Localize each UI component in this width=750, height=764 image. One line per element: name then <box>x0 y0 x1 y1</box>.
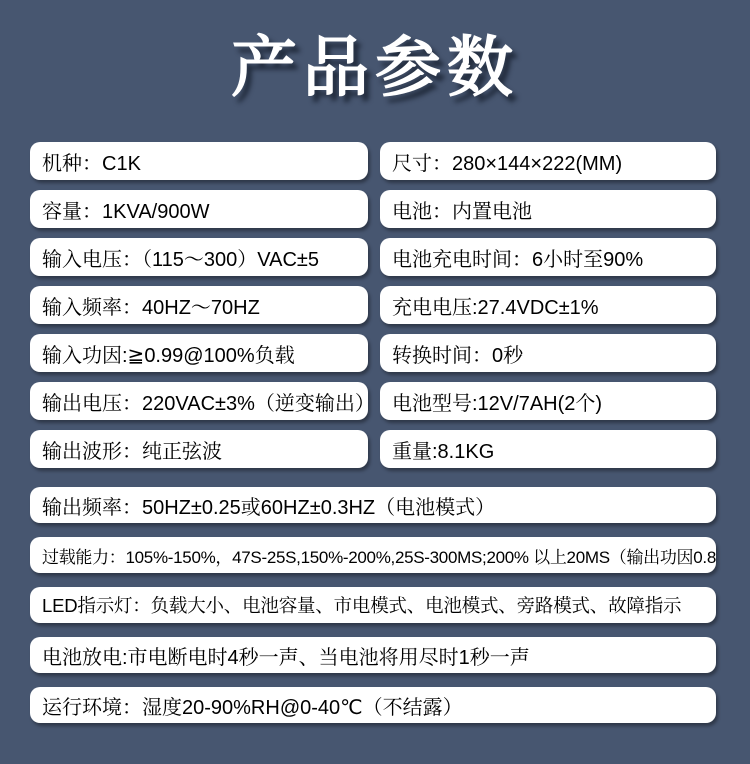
spec-transfer-time: 转换时间：0秒 <box>380 334 716 372</box>
spec-overload-capacity: 过载能力：105%-150%，47S-25S,150%-200%,25S-300… <box>30 537 716 573</box>
spec-machine-type: 机种：C1K <box>30 142 368 180</box>
spec-battery-model: 电池型号:12V/7AH(2个) <box>380 382 716 420</box>
spec-dimensions: 尺寸：280×144×222(MM) <box>380 142 716 180</box>
spec-grid: 机种：C1K 尺寸：280×144×222(MM) 容量：1KVA/900W 电… <box>30 142 716 468</box>
page-title: 产品参数 <box>0 22 750 112</box>
spec-battery: 电池：内置电池 <box>380 190 716 228</box>
spec-led-indicators: LED指示灯：负载大小、电池容量、市电模式、电池模式、旁路模式、故障指示 <box>30 587 716 623</box>
spec-input-power-factor: 输入功因:≧0.99@100%负载 <box>30 334 368 372</box>
spec-input-frequency: 输入频率：40HZ～70HZ <box>30 286 368 324</box>
spec-capacity: 容量：1KVA/900W <box>30 190 368 228</box>
spec-output-waveform: 输出波形：纯正弦波 <box>30 430 368 468</box>
spec-battery-discharge: 电池放电:市电断电时4秒一声、当电池将用尽时1秒一声 <box>30 637 716 673</box>
spec-battery-charge-time: 电池充电时间：6小时至90% <box>380 238 716 276</box>
product-parameters-page: 产品参数 机种：C1K 尺寸：280×144×222(MM) 容量：1KVA/9… <box>0 0 750 764</box>
spec-output-voltage: 输出电压：220VAC±3%（逆变输出） <box>30 382 368 420</box>
spec-weight: 重量:8.1KG <box>380 430 716 468</box>
spec-full-width-rows: 输出频率：50HZ±0.25或60HZ±0.3HZ（电池模式） 过载能力：105… <box>30 487 716 723</box>
spec-output-frequency: 输出频率：50HZ±0.25或60HZ±0.3HZ（电池模式） <box>30 487 716 523</box>
spec-input-voltage: 输入电压：（115～300）VAC±5 <box>30 238 368 276</box>
spec-charge-voltage: 充电电压:27.4VDC±1% <box>380 286 716 324</box>
spec-operating-environment: 运行环境：湿度20-90%RH@0-40℃（不结露） <box>30 687 716 723</box>
